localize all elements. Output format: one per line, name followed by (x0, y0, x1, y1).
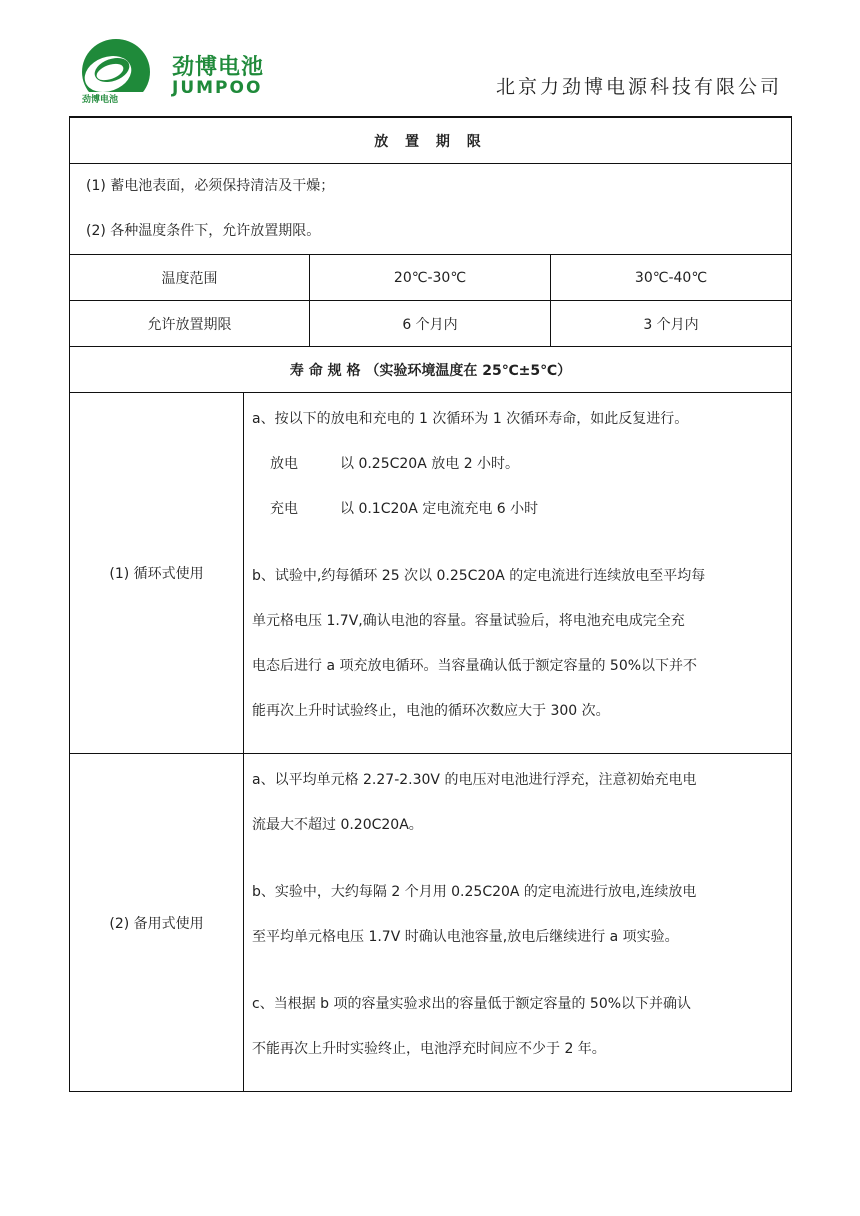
life-title: 寿 命 规 格 （实验环境温度在 25℃±5℃） (70, 347, 792, 393)
cycle-use-row: (1) 循环式使用 a、按以下的放电和充电的 1 次循环为 1 次循环寿命，如此… (70, 393, 792, 754)
cell-value: 3 个月内 (551, 301, 792, 347)
spec-table: 放 置 期 限 (1) 蓄电池表面，必须保持清洁及干燥； (2) 各种温度条件下… (69, 116, 792, 1092)
standby-use-row: (2) 备用式使用 a、以平均单元格 2.27-2.30V 的电压对电池进行浮充… (70, 754, 792, 1092)
paragraph-a-line: 流最大不超过 0.20C20A。 (252, 803, 783, 848)
cell-value: 30℃-40℃ (551, 255, 792, 301)
paragraph-b-line: b、实验中，大约每隔 2 个月用 0.25C20A 的定电流进行放电,连续放电 (252, 870, 783, 915)
standby-use-content: a、以平均单元格 2.27-2.30V 的电压对电池进行浮充，注意初始充电电 流… (244, 754, 792, 1092)
brand-name-cn: 劲博电池 (172, 50, 264, 81)
storage-title: 放 置 期 限 (70, 117, 792, 164)
cycle-use-content: a、按以下的放电和充电的 1 次循环为 1 次循环寿命，如此反复进行。 放电以 … (244, 393, 792, 754)
discharge-text: 以 0.25C20A 放电 2 小时。 (340, 456, 519, 472)
row-label: 允许放置期限 (70, 301, 310, 347)
row-label: 温度范围 (70, 255, 310, 301)
cycle-use-label: (1) 循环式使用 (70, 393, 244, 754)
brand-name-en: JUMPOO (172, 78, 262, 98)
logo-caption: 劲博电池 (82, 92, 118, 105)
paragraph-b-line: 单元格电压 1.7V,确认电池的容量。容量试验后，将电池充电成完全充 (252, 599, 783, 644)
standby-use-label: (2) 备用式使用 (70, 754, 244, 1092)
jumpoo-logo-icon: 劲博电池 (78, 36, 154, 110)
cell-value: 6 个月内 (310, 301, 551, 347)
storage-note: (2) 各种温度条件下，允许放置期限。 (86, 209, 775, 254)
paragraph-b-line: 至平均单元格电压 1.7V 时确认电池容量,放电后继续进行 a 项实验。 (252, 915, 783, 960)
paragraph-b-line: 能再次上升时试验终止，电池的循环次数应大于 300 次。 (252, 689, 783, 734)
storage-note: (1) 蓄电池表面，必须保持清洁及干燥； (86, 164, 775, 209)
page-header: 劲博电池 劲博电池 JUMPOO 北京力劲博电源科技有限公司 (0, 0, 860, 118)
company-name: 北京力劲博电源科技有限公司 (496, 72, 782, 99)
charge-text: 以 0.1C20A 定电流充电 6 小时 (340, 501, 538, 517)
table-row: 温度范围 20℃-30℃ 30℃-40℃ (70, 255, 792, 301)
charge-label: 充电 (270, 487, 340, 532)
paragraph-c-line: c、当根据 b 项的容量实验求出的容量低于额定容量的 50%以下并确认 (252, 982, 783, 1027)
paragraph-a-line: a、以平均单元格 2.27-2.30V 的电压对电池进行浮充，注意初始充电电 (252, 758, 783, 803)
storage-notes: (1) 蓄电池表面，必须保持清洁及干燥； (2) 各种温度条件下，允许放置期限。 (70, 164, 792, 255)
charge-line: 充电以 0.1C20A 定电流充电 6 小时 (252, 487, 783, 532)
cell-value: 20℃-30℃ (310, 255, 551, 301)
paragraph-b-line: 电态后进行 a 项充放电循环。当容量确认低于额定容量的 50%以下并不 (252, 644, 783, 689)
paragraph-a: a、按以下的放电和充电的 1 次循环为 1 次循环寿命，如此反复进行。 (252, 397, 783, 442)
discharge-line: 放电以 0.25C20A 放电 2 小时。 (252, 442, 783, 487)
discharge-label: 放电 (270, 442, 340, 487)
paragraph-b-line: b、试验中,约每循环 25 次以 0.25C20A 的定电流进行连续放电至平均每 (252, 554, 783, 599)
table-row: 允许放置期限 6 个月内 3 个月内 (70, 301, 792, 347)
paragraph-c-line: 不能再次上升时实验终止，电池浮充时间应不少于 2 年。 (252, 1027, 783, 1072)
